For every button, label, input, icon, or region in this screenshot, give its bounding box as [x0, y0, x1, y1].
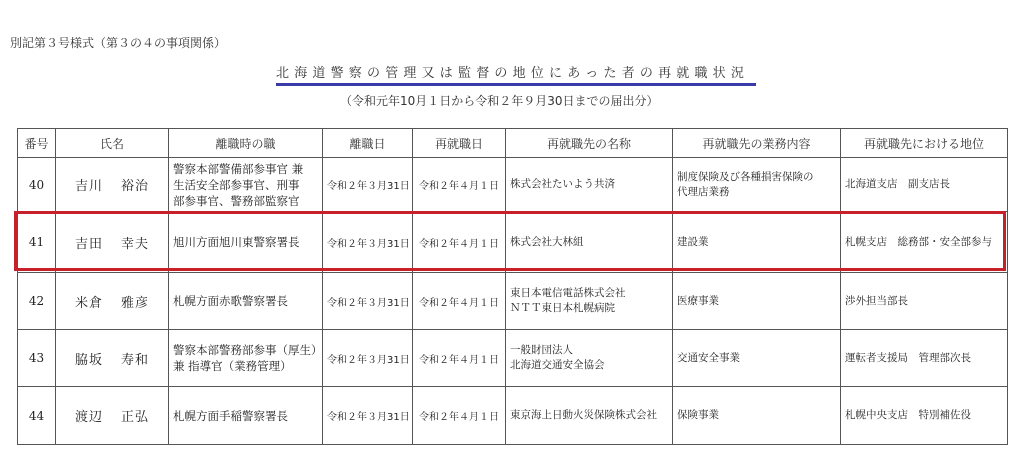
employer-line: ＮＴＴ東日本札幌病院	[510, 301, 668, 316]
business-line: 代理店業務	[677, 185, 836, 200]
form-label: 別記第３号様式（第３の４の事項関係）	[10, 34, 226, 51]
business-line: 保険事業	[677, 408, 836, 423]
person-name: 渡辺正弘	[56, 387, 169, 445]
header-row: 番号 氏名 離職時の職 離職日 再就職日 再就職先の名称 再就職先の業務内容 再…	[18, 129, 1008, 158]
surname: 渡辺	[75, 410, 103, 425]
retire-date: 令和２年３月31日	[323, 158, 413, 212]
row-number: 44	[18, 387, 56, 445]
employer-line: 北海道交通安全協会	[510, 358, 668, 373]
given-name: 幸夫	[121, 237, 149, 252]
row-number: 42	[18, 273, 56, 330]
position-line: 生活安全部参事官、刑事	[173, 177, 318, 193]
position-at-retirement: 札幌方面赤歌警察署長	[169, 273, 323, 330]
rehire-date: 令和２年４月１日	[413, 387, 506, 445]
header-name: 氏名	[56, 129, 169, 158]
rehire-date: 令和２年４月１日	[413, 330, 506, 387]
header-employer: 再就職先の名称	[506, 129, 673, 158]
document-title: 北海道警察の管理又は監督の地位にあった者の再就職状況	[276, 62, 756, 86]
table-row: 41 吉田幸夫 旭川方面旭川東警察署長 令和２年３月31日 令和２年４月１日 株…	[18, 212, 1008, 273]
business: 医療事業	[673, 273, 841, 330]
surname: 吉田	[75, 237, 103, 252]
row-number: 43	[18, 330, 56, 387]
person-name: 脇坂寿和	[56, 330, 169, 387]
position-at-retirement: 旭川方面旭川東警察署長	[169, 212, 323, 273]
retire-date: 令和２年３月31日	[323, 330, 413, 387]
employer: 株式会社大林組	[506, 212, 673, 273]
person-name: 米倉雅彦	[56, 273, 169, 330]
business: 制度保険及び各種損害保険の 代理店業務	[673, 158, 841, 212]
new-position: 札幌支店 総務部・安全部参与	[841, 212, 1008, 273]
header-new-position: 再就職先における地位	[841, 129, 1008, 158]
employer-line: 東京海上日動火災保険株式会社	[510, 408, 668, 423]
employer-line: 一般財団法人	[510, 343, 668, 358]
reemployment-table: 番号 氏名 離職時の職 離職日 再就職日 再就職先の名称 再就職先の業務内容 再…	[17, 128, 1008, 445]
business-line: 制度保険及び各種損害保険の	[677, 170, 836, 185]
table-row: 43 脇坂寿和 警察本部警務部参事（厚生） 兼 指導官（業務管理） 令和２年３月…	[18, 330, 1008, 387]
position-at-retirement: 警察本部警備部参事官 兼 生活安全部参事官、刑事 部参事官、警務部監察官	[169, 158, 323, 212]
position-at-retirement: 警察本部警務部参事（厚生） 兼 指導官（業務管理）	[169, 330, 323, 387]
position-line: 旭川方面旭川東警察署長	[173, 234, 318, 250]
employer: 東日本電信電話株式会社 ＮＴＴ東日本札幌病院	[506, 273, 673, 330]
retire-date: 令和２年３月31日	[323, 387, 413, 445]
given-name: 寿和	[121, 353, 149, 368]
employer-line: 東日本電信電話株式会社	[510, 286, 668, 301]
business-line: 医療事業	[677, 294, 836, 309]
rehire-date: 令和２年４月１日	[413, 158, 506, 212]
table-row: 44 渡辺正弘 札幌方面手稲警察署長 令和２年３月31日 令和２年４月１日 東京…	[18, 387, 1008, 445]
new-position: 運転者支援局 管理部次長	[841, 330, 1008, 387]
header-position-at-retirement: 離職時の職	[169, 129, 323, 158]
person-name: 吉田幸夫	[56, 212, 169, 273]
employer: 株式会社たいよう共済	[506, 158, 673, 212]
table-row: 40 吉川裕治 警察本部警備部参事官 兼 生活安全部参事官、刑事 部参事官、警務…	[18, 158, 1008, 212]
position-line: 警察本部警務部参事（厚生）	[173, 342, 318, 358]
row-number: 40	[18, 158, 56, 212]
business: 交通安全事業	[673, 330, 841, 387]
position-line: 兼 指導官（業務管理）	[173, 358, 318, 374]
position-line: 札幌方面手稲警察署長	[173, 408, 318, 424]
position-line: 警察本部警備部参事官 兼	[173, 161, 318, 177]
given-name: 正弘	[121, 410, 149, 425]
table-row: 42 米倉雅彦 札幌方面赤歌警察署長 令和２年３月31日 令和２年４月１日 東日…	[18, 273, 1008, 330]
business-line: 建設業	[677, 235, 836, 250]
retire-date: 令和２年３月31日	[323, 212, 413, 273]
surname: 吉川	[75, 179, 103, 194]
business: 建設業	[673, 212, 841, 273]
position-line: 札幌方面赤歌警察署長	[173, 293, 318, 309]
business: 保険事業	[673, 387, 841, 445]
header-number: 番号	[18, 129, 56, 158]
header-business: 再就職先の業務内容	[673, 129, 841, 158]
new-position: 渉外担当部長	[841, 273, 1008, 330]
position-at-retirement: 札幌方面手稲警察署長	[169, 387, 323, 445]
row-number: 41	[18, 212, 56, 273]
surname: 米倉	[75, 296, 103, 311]
employer-line: 株式会社大林組	[510, 235, 668, 250]
header-retire-date: 離職日	[323, 129, 413, 158]
new-position: 北海道支店 副支店長	[841, 158, 1008, 212]
employer: 東京海上日動火災保険株式会社	[506, 387, 673, 445]
header-rehire-date: 再就職日	[413, 129, 506, 158]
rehire-date: 令和２年４月１日	[413, 273, 506, 330]
given-name: 裕治	[121, 179, 149, 194]
employer-line: 株式会社たいよう共済	[510, 177, 668, 192]
employer: 一般財団法人 北海道交通安全協会	[506, 330, 673, 387]
rehire-date: 令和２年４月１日	[413, 212, 506, 273]
surname: 脇坂	[75, 353, 103, 368]
given-name: 雅彦	[121, 296, 149, 311]
position-line: 部参事官、警務部監察官	[173, 193, 318, 209]
new-position: 札幌中央支店 特別補佐役	[841, 387, 1008, 445]
person-name: 吉川裕治	[56, 158, 169, 212]
retire-date: 令和２年３月31日	[323, 273, 413, 330]
business-line: 交通安全事業	[677, 351, 836, 366]
document-subtitle: （令和元年10月１日から令和２年９月30日までの届出分）	[340, 92, 659, 109]
